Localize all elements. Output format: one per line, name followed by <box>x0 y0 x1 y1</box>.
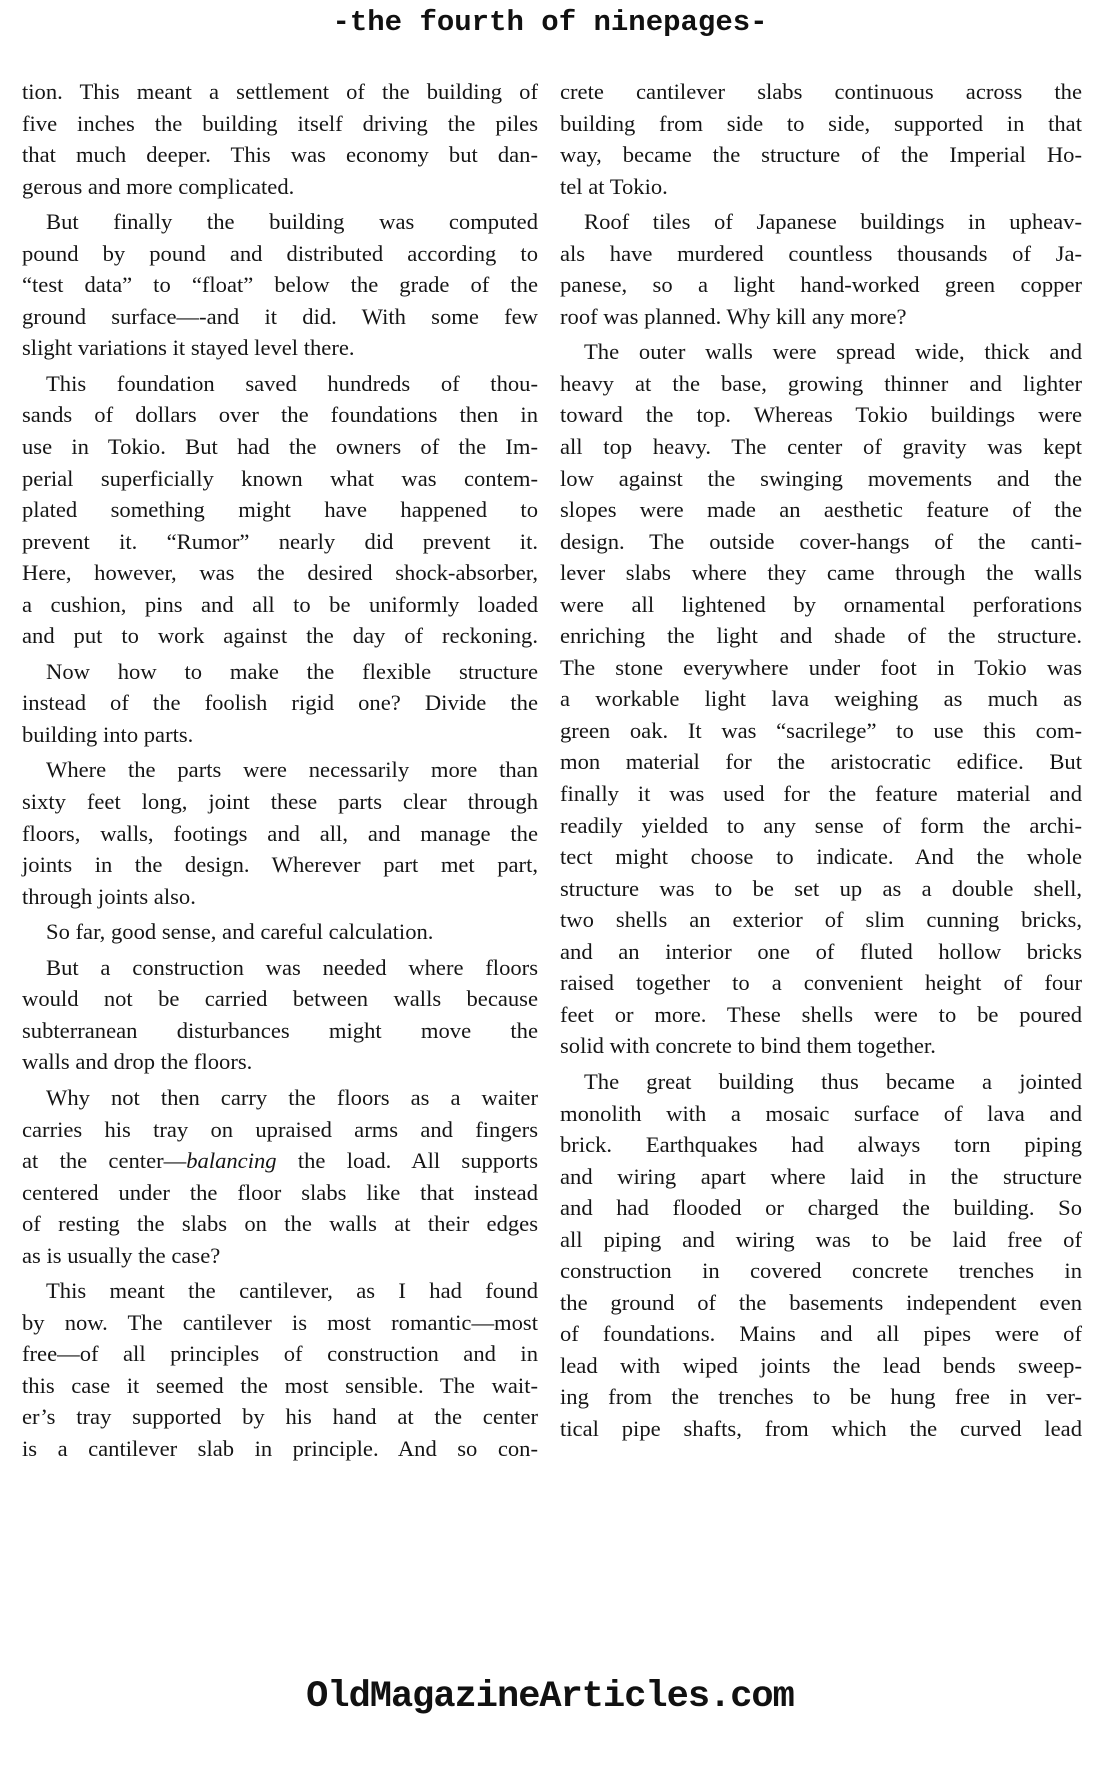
text-line: solid with concrete to bind them togethe… <box>560 1030 1082 1062</box>
text-line: heavy at the base, growing thinner and l… <box>560 368 1082 400</box>
text-line: Here, however, was the desired shock-abs… <box>22 557 538 589</box>
text-line: and an interior one of fluted hollow bri… <box>560 936 1082 968</box>
text-line: Why not then carry the floors as a waite… <box>22 1082 538 1114</box>
text-line: subterranean disturbances might move the <box>22 1015 538 1047</box>
text-line: that much deeper. This was economy but d… <box>22 139 538 171</box>
text-line: tel at Tokio. <box>560 171 1082 203</box>
text-line: lead with wiped joints the lead bends sw… <box>560 1350 1082 1382</box>
text-line: The stone everywhere under foot in Tokio… <box>560 652 1082 684</box>
text-line: is a cantilever slab in principle. And s… <box>22 1433 538 1465</box>
text-line: building into parts. <box>22 719 538 751</box>
paragraph: The outer walls were spread wide, thick … <box>560 336 1082 1062</box>
text-line: ground surface—-and it did. With some fe… <box>22 301 538 333</box>
text-line: Where the parts were necessarily more th… <box>22 754 538 786</box>
text-line: prevent it. “Rumor” nearly did prevent i… <box>22 526 538 558</box>
paragraph: Now how to make the flexible structure i… <box>22 656 538 751</box>
text-line: the ground of the basements independent … <box>560 1287 1082 1319</box>
text-line: The great building thus became a jointed <box>560 1066 1082 1098</box>
paragraph: Where the parts were necessarily more th… <box>22 754 538 912</box>
text-line: two shells an exterior of slim cunning b… <box>560 904 1082 936</box>
text-line: feet or more. These shells were to be po… <box>560 999 1082 1031</box>
text-line: and wiring apart where laid in the struc… <box>560 1161 1082 1193</box>
text-line: tical pipe shafts, from which the curved… <box>560 1413 1082 1445</box>
text-line: roof was planned. Why kill any more? <box>560 301 1082 333</box>
text-line: panese, so a light hand-worked green cop… <box>560 269 1082 301</box>
site-watermark: OldMagazineArticles.com <box>0 1676 1100 1718</box>
text-line: through joints also. <box>22 881 538 913</box>
text-line: But finally the building was computed <box>22 206 538 238</box>
text-line: centered under the floor slabs like that… <box>22 1177 538 1209</box>
text-line: sixty feet long, joint these parts clear… <box>22 786 538 818</box>
text-line: als have murdered countless thousands of… <box>560 238 1082 270</box>
text-line: as is usually the case? <box>22 1240 538 1272</box>
text-line: slopes were made an aesthetic feature of… <box>560 494 1082 526</box>
text-line: “test data” to “float” below the grade o… <box>22 269 538 301</box>
text-line: free—of all principles of construction a… <box>22 1338 538 1370</box>
text-line: and put to work against the day of recko… <box>22 620 538 652</box>
text-line: Now how to make the flexible structure <box>22 656 538 688</box>
text-line: of resting the slabs on the walls at the… <box>22 1208 538 1240</box>
text-line: readily yielded to any sense of form the… <box>560 810 1082 842</box>
text-line: brick. Earthquakes had always torn pipin… <box>560 1129 1082 1161</box>
text-segment: the load. All supports <box>277 1148 538 1173</box>
text-line: all top heavy. The center of gravity was… <box>560 431 1082 463</box>
text-line: mon material for the aristocratic edific… <box>560 746 1082 778</box>
text-line: This meant the cantilever, as I had foun… <box>22 1275 538 1307</box>
article-body: tion. This meant a settlement of the bui… <box>22 76 1082 1469</box>
text-line: a workable light lava weighing as much a… <box>560 683 1082 715</box>
text-line: five inches the building itself driving … <box>22 108 538 140</box>
text-line: carries his tray on upraised arms and fi… <box>22 1114 538 1146</box>
text-line: raised together to a convenient height o… <box>560 967 1082 999</box>
text-line: toward the top. Whereas Tokio buildings … <box>560 399 1082 431</box>
text-line: The outer walls were spread wide, thick … <box>560 336 1082 368</box>
text-line: building from side to side, supported in… <box>560 108 1082 140</box>
page-header: -the fourth of ninepages- <box>0 6 1100 39</box>
text-line: perial superficially known what was cont… <box>22 463 538 495</box>
text-line: a cushion, pins and all to be uniformly … <box>22 589 538 621</box>
text-line: finally it was used for the feature mate… <box>560 778 1082 810</box>
paragraph: Why not then carry the floors as a waite… <box>22 1082 538 1271</box>
text-line: pound by pound and distributed according… <box>22 238 538 270</box>
italic-word: balancing <box>186 1148 276 1173</box>
text-line: lever slabs where they came through the … <box>560 557 1082 589</box>
text-line: er’s tray supported by his hand at the c… <box>22 1401 538 1433</box>
text-line: all piping and wiring was to be laid fre… <box>560 1224 1082 1256</box>
text-line: tion. This meant a settlement of the bui… <box>22 76 538 108</box>
paragraph: tion. This meant a settlement of the bui… <box>22 76 538 202</box>
text-line: sands of dollars over the foundations th… <box>22 399 538 431</box>
text-line: low against the swinging movements and t… <box>560 463 1082 495</box>
right-column: crete cantilever slabs continuous across… <box>560 76 1082 1469</box>
text-line: enriching the light and shade of the str… <box>560 620 1082 652</box>
text-line: of foundations. Mains and all pipes were… <box>560 1318 1082 1350</box>
text-line: structure was to be set up as a double s… <box>560 873 1082 905</box>
paragraph: This foundation saved hundreds of thou- … <box>22 368 538 652</box>
text-line: and had flooded or charged the building.… <box>560 1192 1082 1224</box>
text-line: crete cantilever slabs continuous across… <box>560 76 1082 108</box>
paragraph: This meant the cantilever, as I had foun… <box>22 1275 538 1464</box>
text-line: tect might choose to indicate. And the w… <box>560 841 1082 873</box>
text-line: ing from the trenches to be hung free in… <box>560 1381 1082 1413</box>
text-line: green oak. It was “sacrilege” to use thi… <box>560 715 1082 747</box>
text-line: joints in the design. Wherever part met … <box>22 849 538 881</box>
text-line: design. The outside cover-hangs of the c… <box>560 526 1082 558</box>
text-segment: at the center— <box>22 1148 186 1173</box>
paragraph: The great building thus became a jointed… <box>560 1066 1082 1445</box>
paragraph: So far, good sense, and careful calculat… <box>22 916 538 948</box>
text-line: So far, good sense, and careful calculat… <box>22 916 538 948</box>
text-line: slight variations it stayed level there. <box>22 332 538 364</box>
paragraph: Roof tiles of Japanese buildings in uphe… <box>560 206 1082 332</box>
text-line: instead of the foolish rigid one? Divide… <box>22 687 538 719</box>
paragraph: But a construction was needed where floo… <box>22 952 538 1078</box>
text-line: walls and drop the floors. <box>22 1046 538 1078</box>
text-line: Roof tiles of Japanese buildings in uphe… <box>560 206 1082 238</box>
text-line: by now. The cantilever is most romantic—… <box>22 1307 538 1339</box>
text-line-with-italic: at the center—balancing the load. All su… <box>22 1145 538 1177</box>
text-line: this case it seemed the most sensible. T… <box>22 1370 538 1402</box>
text-line: plated something might have happened to <box>22 494 538 526</box>
text-line: gerous and more complicated. <box>22 171 538 203</box>
text-line: monolith with a mosaic surface of lava a… <box>560 1098 1082 1130</box>
text-line: But a construction was needed where floo… <box>22 952 538 984</box>
text-line: way, became the structure of the Imperia… <box>560 139 1082 171</box>
paragraph: crete cantilever slabs continuous across… <box>560 76 1082 202</box>
text-line: would not be carried between walls becau… <box>22 983 538 1015</box>
text-line: were all lightened by ornamental perfora… <box>560 589 1082 621</box>
text-line: use in Tokio. But had the owners of the … <box>22 431 538 463</box>
text-line: construction in covered concrete trenche… <box>560 1255 1082 1287</box>
paragraph: But finally the building was computed po… <box>22 206 538 364</box>
text-line: This foundation saved hundreds of thou- <box>22 368 538 400</box>
text-line: floors, walls, footings and all, and man… <box>22 818 538 850</box>
left-column: tion. This meant a settlement of the bui… <box>22 76 538 1469</box>
